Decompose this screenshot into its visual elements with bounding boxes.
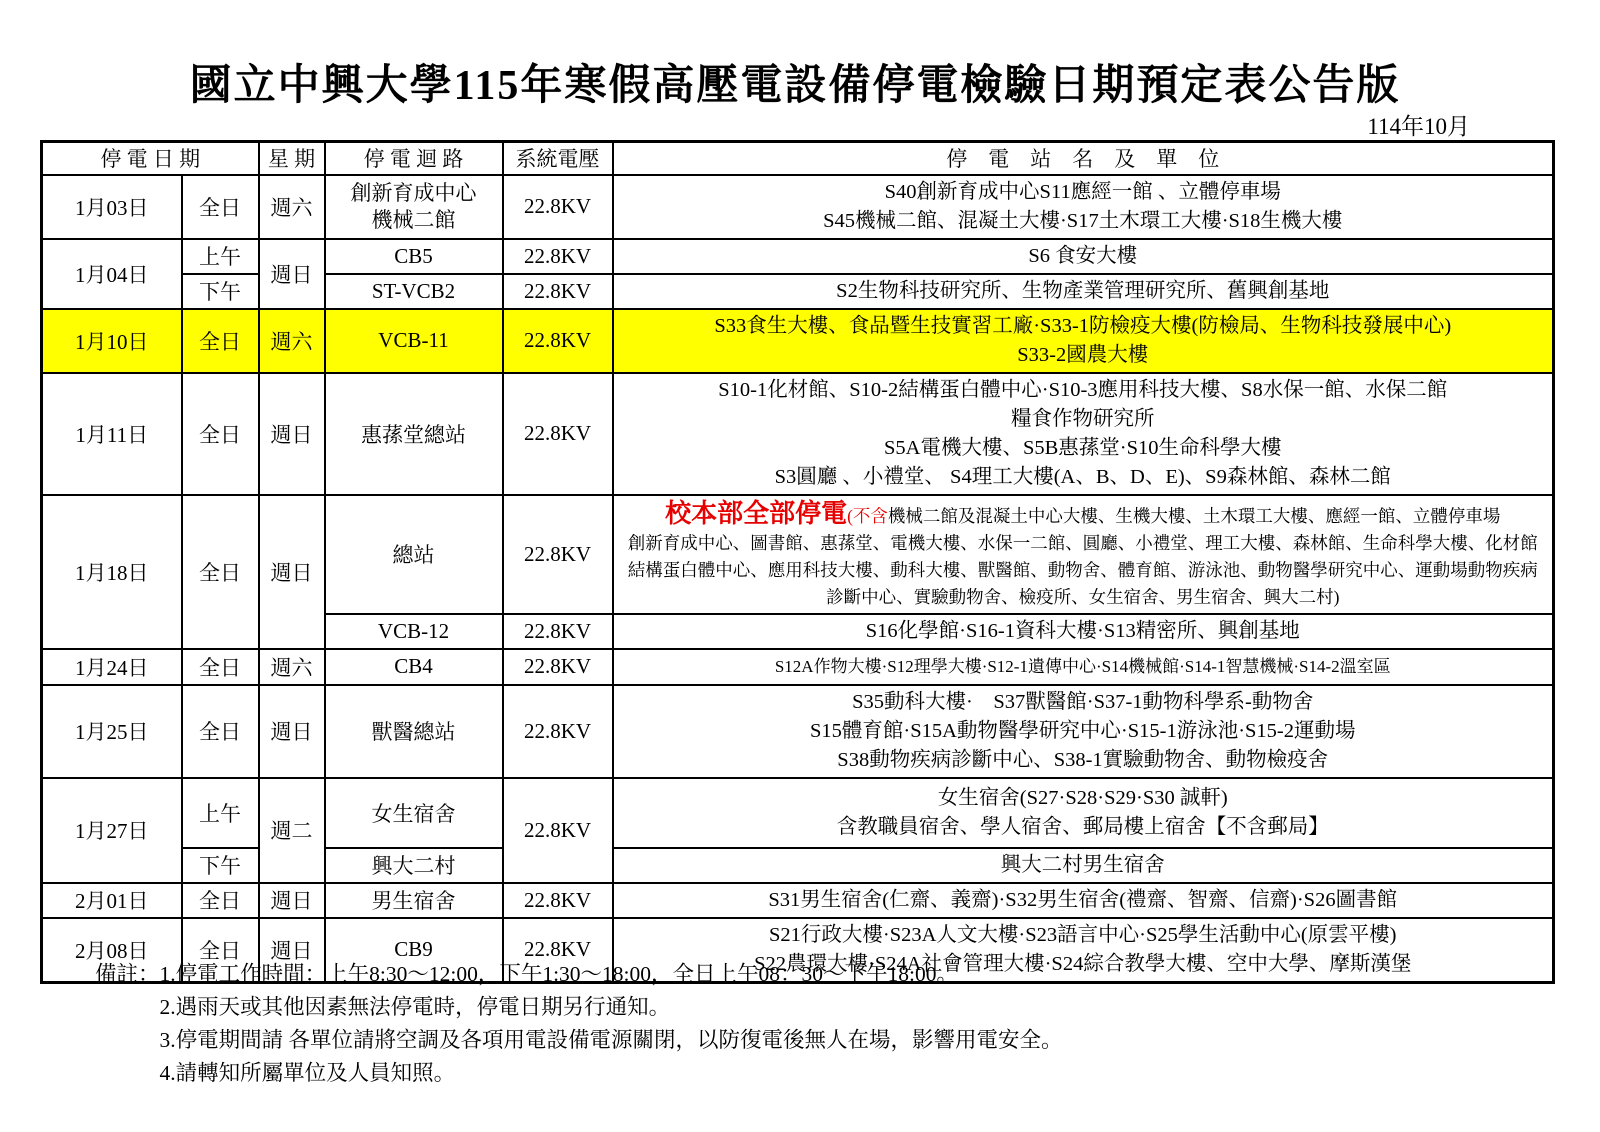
header-cell-week: 星 期 (259, 142, 325, 175)
cell-voltage: 22.8KV (503, 778, 613, 883)
header-cell-voltage: 系統電壓 (503, 142, 613, 175)
station-line: S3圓廳 、小禮堂、 S4理工大樓(A、B、D、E)、S9森林館、森林二館 (620, 463, 1547, 492)
cell-voltage: 22.8KV (503, 614, 613, 649)
cell-weekday: 週日 (259, 883, 325, 918)
station-line: S15體育館·S15A動物醫學研究中心·S15-1游泳池·S15-2運動場 (620, 717, 1547, 746)
table-row-highlighted: 1月10日 全日 週六 VCB-11 22.8KV S33食生大樓、食品暨生技實… (42, 309, 1554, 373)
cell-date: 1月11日 (42, 373, 182, 495)
cell-voltage: 22.8KV (503, 373, 613, 495)
cell-circuit: ST-VCB2 (325, 274, 503, 309)
station-line: S38動物疾病診斷中心、S38-1實驗動物舍、動物檢疫舍 (620, 746, 1547, 775)
cell-time-of-day: 全日 (182, 175, 259, 239)
station-line: 含教職員宿舍、學人宿舍、郵局樓上宿舍【不含郵局】 (620, 813, 1547, 842)
cell-circuit: 興大二村 (325, 848, 503, 883)
cell-time-of-day: 上午 (182, 239, 259, 274)
exclusion-list-start: 機械二館及混凝土中心大樓、生機大樓、土木環工大樓、應經一館、立體停車場 (888, 506, 1501, 526)
note-item: 2.遇雨天或其他因素無法停電時，停電日期另行通知。 (160, 991, 1063, 1024)
document-title: 國立中興大學115年寒假高壓電設備停電檢驗日期預定表公告版 (40, 52, 1550, 112)
notes-section: 備註： 1.停電工作時間：上午8:30～12:00，下午1:30～18:00，全… (95, 958, 1063, 1090)
cell-weekday: 週日 (259, 495, 325, 649)
table-row: 1月24日 全日 週六 CB4 22.8KV S12A作物大樓·S12理學大樓·… (42, 649, 1554, 685)
note-item: 4.請轉知所屬單位及人員知照。 (160, 1057, 1063, 1090)
exclusion-prefix: (不含 (847, 506, 888, 526)
circuit-line: 創新育成中心 (326, 180, 502, 207)
header-cell-circuit: 停 電 迴 路 (325, 142, 503, 175)
cell-voltage: 22.8KV (503, 883, 613, 918)
cell-date: 1月18日 (42, 495, 182, 649)
station-line: S2生物科技研究所、生物產業管理研究所、舊興創基地 (620, 277, 1547, 306)
cell-weekday: 週六 (259, 309, 325, 373)
cell-voltage: 22.8KV (503, 175, 613, 239)
cell-stations: S16化學館·S16-1資科大樓·S13精密所、興創基地 (613, 614, 1554, 649)
cell-circuit: 總站 (325, 495, 503, 614)
station-line: 興大二村男生宿舍 (620, 851, 1547, 880)
cell-circuit: 創新育成中心 機械二館 (325, 175, 503, 239)
table-row: 2月01日 全日 週日 男生宿舍 22.8KV S31男生宿舍(仁齋、義齋)·S… (42, 883, 1554, 918)
cell-date: 1月25日 (42, 685, 182, 778)
cell-weekday: 週日 (259, 685, 325, 778)
cell-date: 1月27日 (42, 778, 182, 883)
table-header-row: 停 電 日 期 星 期 停 電 迴 路 系統電壓 停 電 站 名 及 單 位 (42, 142, 1554, 175)
table-row: 1月27日 上午 週二 女生宿舍 22.8KV 女生宿舍(S27·S28·S29… (42, 778, 1554, 848)
station-line: S10-1化材館、S10-2結構蛋白體中心·S10-3應用科技大樓、S8水保一館… (620, 376, 1547, 405)
cell-weekday: 週日 (259, 373, 325, 495)
cell-circuit: CB5 (325, 239, 503, 274)
exclusion-list-rest: 創新育成中心、圖書館、惠蓀堂、電機大樓、水保一二館、圓廳、小禮堂、理工大樓、森林… (628, 533, 1538, 607)
station-line: S33-2國農大樓 (620, 341, 1547, 370)
cell-stations: 女生宿舍(S27·S28·S29·S30 誠軒) 含教職員宿舍、學人宿舍、郵局樓… (613, 778, 1554, 848)
station-line: S6 食安大樓 (620, 242, 1547, 271)
cell-weekday: 週六 (259, 649, 325, 685)
station-line: S12A作物大樓·S12理學大樓·S12-1遺傳中心·S14機械館·S14-1智… (620, 652, 1547, 682)
cell-stations: S6 食安大樓 (613, 239, 1554, 274)
table-row: 1月03日 全日 週六 創新育成中心 機械二館 22.8KV S40創新育成中心… (42, 175, 1554, 239)
cell-date: 1月04日 (42, 239, 182, 309)
station-line: 女生宿舍(S27·S28·S29·S30 誠軒) (620, 784, 1547, 813)
cell-stations: S12A作物大樓·S12理學大樓·S12-1遺傳中心·S14機械館·S14-1智… (613, 649, 1554, 685)
cell-circuit: 男生宿舍 (325, 883, 503, 918)
cell-circuit: 獸醫總站 (325, 685, 503, 778)
table-row: 1月25日 全日 週日 獸醫總站 22.8KV S35動科大樓· S37獸醫館·… (42, 685, 1554, 778)
station-line: S40創新育成中心S11應經一館 、立體停車場 (620, 178, 1547, 207)
cell-circuit: VCB-11 (325, 309, 503, 373)
campus-outage-alert: 校本部全部停電 (665, 499, 847, 528)
station-line: S45機械二館、混凝土大樓·S17土木環工大樓·S18生機大樓 (620, 207, 1547, 236)
note-item: 1.停電工作時間：上午8:30～12:00，下午1:30～18:00，全日上午0… (160, 958, 1063, 991)
cell-time-of-day: 下午 (182, 274, 259, 309)
cell-circuit: 女生宿舍 (325, 778, 503, 848)
cell-stations: S33食生大樓、食品暨生技實習工廠·S33-1防檢疫大樓(防檢局、生物科技發展中… (613, 309, 1554, 373)
cell-stations-campus-wide: 校本部全部停電(不含機械二館及混凝土中心大樓、生機大樓、土木環工大樓、應經一館、… (613, 495, 1554, 614)
cell-circuit: 惠蓀堂總站 (325, 373, 503, 495)
note-item: 3.停電期間請 各單位請將空調及各項用電設備電源關閉，以防復電後無人在場，影響用… (160, 1024, 1063, 1057)
station-line: S5A電機大樓、S5B惠蓀堂·S10生命科學大樓 (620, 434, 1547, 463)
station-line: S16化學館·S16-1資科大樓·S13精密所、興創基地 (620, 617, 1547, 646)
cell-time-of-day: 全日 (182, 649, 259, 685)
cell-stations: S40創新育成中心S11應經一館 、立體停車場 S45機械二館、混凝土大樓·S1… (613, 175, 1554, 239)
cell-voltage: 22.8KV (503, 685, 613, 778)
notes-list: 1.停電工作時間：上午8:30～12:00，下午1:30～18:00，全日上午0… (160, 958, 1063, 1090)
cell-time-of-day: 全日 (182, 495, 259, 649)
cell-stations: S10-1化材館、S10-2結構蛋白體中心·S10-3應用科技大樓、S8水保一館… (613, 373, 1554, 495)
cell-time-of-day: 全日 (182, 883, 259, 918)
notes-label: 備註： (95, 958, 160, 1090)
table-row: 1月18日 全日 週日 總站 22.8KV 校本部全部停電(不含機械二館及混凝土… (42, 495, 1554, 614)
cell-date: 1月24日 (42, 649, 182, 685)
table-row: 1月11日 全日 週日 惠蓀堂總站 22.8KV S10-1化材館、S10-2結… (42, 373, 1554, 495)
cell-stations: 興大二村男生宿舍 (613, 848, 1554, 883)
cell-date: 2月01日 (42, 883, 182, 918)
circuit-line: 機械二館 (326, 207, 502, 234)
cell-circuit: VCB-12 (325, 614, 503, 649)
cell-date: 1月03日 (42, 175, 182, 239)
document-page: 國立中興大學115年寒假高壓電設備停電檢驗日期預定表公告版 114年10月 停 … (0, 0, 1600, 1132)
header-cell-date: 停 電 日 期 (42, 142, 259, 175)
cell-voltage: 22.8KV (503, 649, 613, 685)
station-line: S35動科大樓· S37獸醫館·S37-1動物科學系-動物舍 (620, 688, 1547, 717)
outage-schedule-table: 停 電 日 期 星 期 停 電 迴 路 系統電壓 停 電 站 名 及 單 位 1… (40, 140, 1555, 984)
cell-weekday: 週六 (259, 175, 325, 239)
station-line: S21行政大樓·S23A人文大樓·S23語言中心·S25學生活動中心(原雲平樓) (620, 921, 1547, 950)
station-line: 糧食作物研究所 (620, 405, 1547, 434)
station-line: S31男生宿舍(仁齋、義齋)·S32男生宿舍(禮齋、智齋、信齋)·S26圖書館 (620, 886, 1547, 915)
table-row: 1月04日 上午 週日 CB5 22.8KV S6 食安大樓 (42, 239, 1554, 274)
cell-weekday: 週二 (259, 778, 325, 883)
cell-date: 1月10日 (42, 309, 182, 373)
cell-voltage: 22.8KV (503, 274, 613, 309)
cell-time-of-day: 全日 (182, 373, 259, 495)
issue-date: 114年10月 (40, 108, 1470, 141)
station-line: S33食生大樓、食品暨生技實習工廠·S33-1防檢疫大樓(防檢局、生物科技發展中… (620, 312, 1547, 341)
cell-stations: S2生物科技研究所、生物產業管理研究所、舊興創基地 (613, 274, 1554, 309)
cell-circuit: CB4 (325, 649, 503, 685)
cell-time-of-day: 上午 (182, 778, 259, 848)
cell-voltage: 22.8KV (503, 495, 613, 614)
cell-voltage: 22.8KV (503, 239, 613, 274)
header-cell-station: 停 電 站 名 及 單 位 (613, 142, 1554, 175)
cell-weekday: 週日 (259, 239, 325, 309)
cell-stations: S35動科大樓· S37獸醫館·S37-1動物科學系-動物舍 S15體育館·S1… (613, 685, 1554, 778)
cell-voltage: 22.8KV (503, 309, 613, 373)
cell-stations: S31男生宿舍(仁齋、義齋)·S32男生宿舍(禮齋、智齋、信齋)·S26圖書館 (613, 883, 1554, 918)
cell-time-of-day: 全日 (182, 685, 259, 778)
cell-time-of-day: 全日 (182, 309, 259, 373)
cell-time-of-day: 下午 (182, 848, 259, 883)
